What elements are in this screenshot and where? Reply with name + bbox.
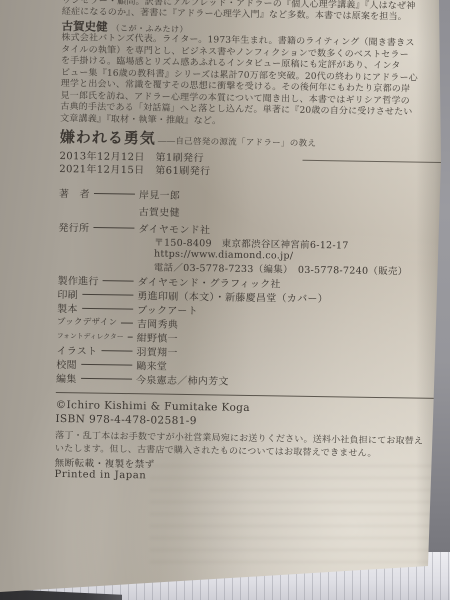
row-label: 発行所 bbox=[58, 218, 89, 233]
koga-bio: 株式会社バトンズ代表。ライター。1973年生まれ。書籍のライティング（聞き書きス… bbox=[60, 33, 447, 131]
edition-label: 第61刷発行 bbox=[155, 161, 210, 177]
page-content: 神科医院などでカウンセリングを行う。日本アドラー心理学会認定カ ウンセラー・顧問… bbox=[53, 0, 448, 600]
row-label: 印刷 bbox=[57, 285, 78, 300]
book-title: 嫌われる勇気 bbox=[60, 128, 156, 148]
dash-connector bbox=[81, 377, 132, 379]
book-subtitle: ――自己啓発の源流「アドラー」の教え bbox=[158, 137, 317, 149]
row-label: 著 者 bbox=[59, 185, 90, 200]
dash-connector bbox=[81, 363, 132, 365]
dash-connector bbox=[101, 350, 132, 351]
dash-connector bbox=[62, 241, 134, 242]
dash-connector bbox=[121, 322, 133, 323]
dash-connector bbox=[93, 227, 134, 229]
divider-rule bbox=[56, 392, 444, 399]
colophon-page: 神科医院などでカウンセリングを行う。日本アドラー心理学会認定カ ウンセラー・顧問… bbox=[0, 0, 450, 600]
book-page-photo: 神科医院などでカウンセリングを行う。日本アドラー心理学会認定カ ウンセラー・顧問… bbox=[0, 0, 450, 600]
dash-connector bbox=[82, 307, 133, 309]
edition-date: 2021年12月15日 bbox=[59, 160, 155, 177]
row-value: 古賀史健 bbox=[139, 203, 180, 219]
row-label: 製本 bbox=[57, 299, 78, 314]
row-value: 岸見一郎 bbox=[139, 186, 180, 202]
dash-connector bbox=[82, 293, 133, 295]
dash-connector bbox=[103, 280, 134, 281]
dash-connector bbox=[63, 210, 135, 211]
dash-connector bbox=[62, 253, 134, 254]
dash-connector bbox=[128, 336, 133, 337]
row-label: 編集 bbox=[56, 369, 77, 384]
row-value: 今泉憲志／柿内芳文 bbox=[136, 371, 229, 387]
row-label: フォントディレクター bbox=[57, 330, 124, 341]
dash-connector bbox=[62, 266, 134, 267]
colophon-rows: 著 者 岸見一郎 古賀史健 発行所 ダイヤモンド社 〒150-8409 東京都渋… bbox=[56, 184, 445, 390]
koga-name-kana: （こが・ふみたけ） bbox=[112, 24, 189, 34]
koga-name: 古賀史健 bbox=[61, 19, 107, 34]
row-label: 校閲 bbox=[56, 355, 77, 370]
row-label: ブックデザイン bbox=[57, 315, 118, 328]
dash-connector bbox=[94, 193, 135, 195]
